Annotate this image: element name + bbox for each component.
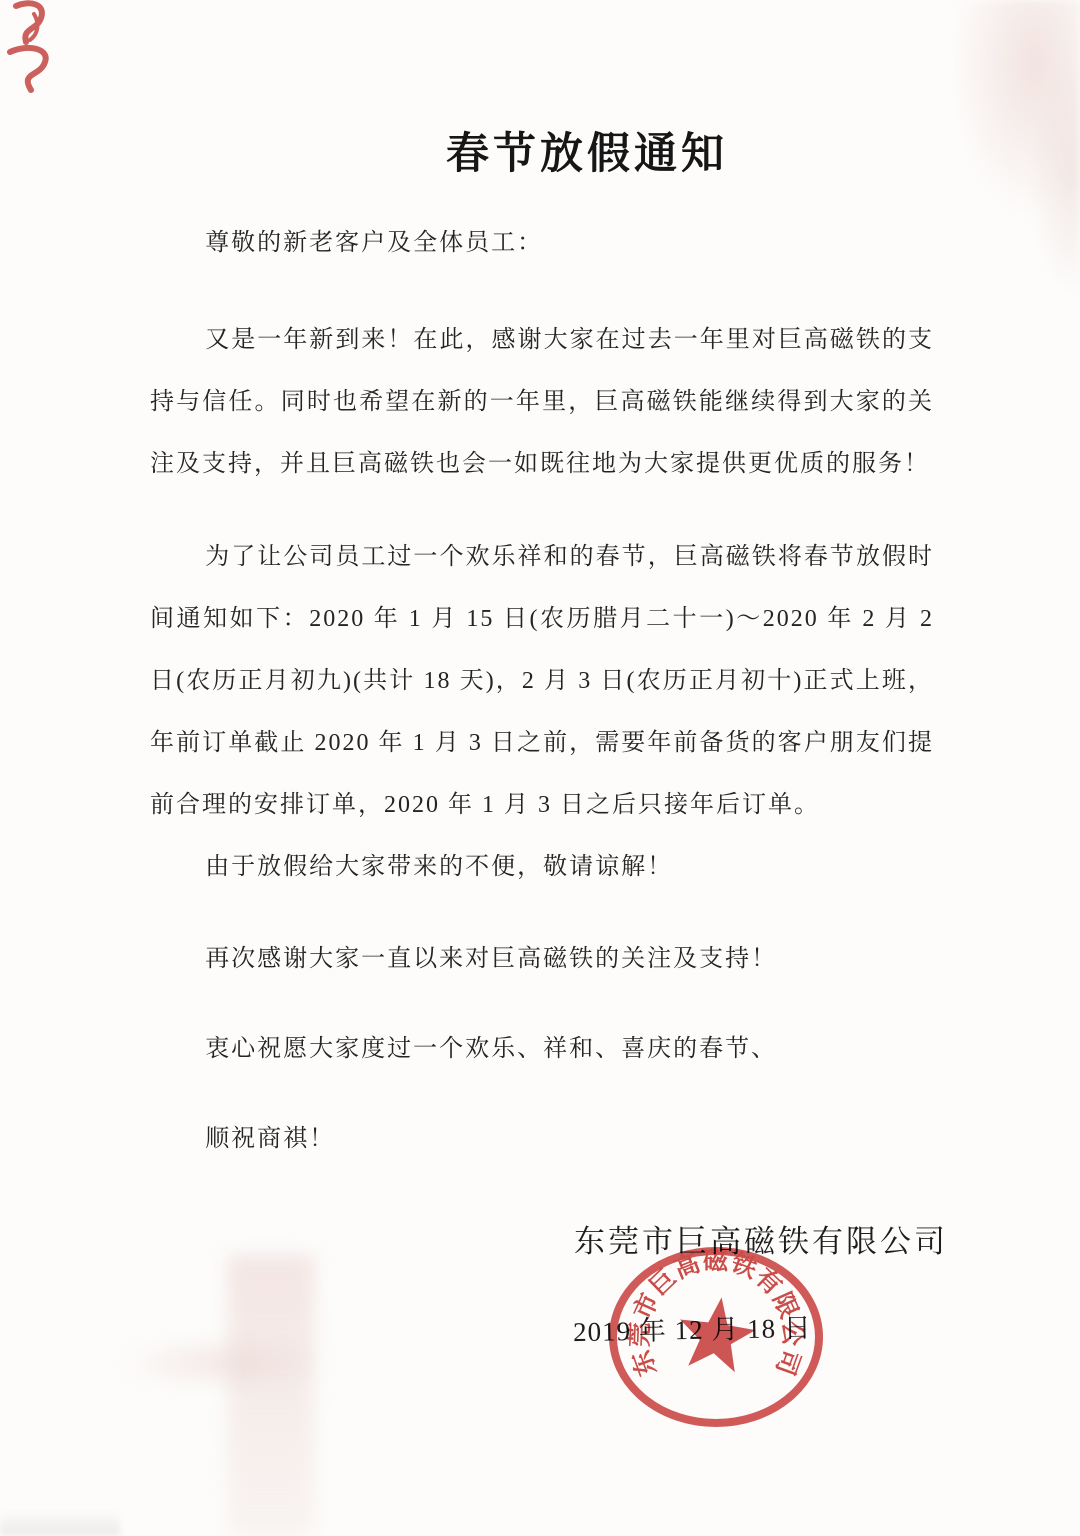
- company-seal: 东莞市巨高磁铁有限公司: [601, 1243, 831, 1435]
- scan-smudge-bottom-left-vertical: [228, 1255, 314, 1536]
- scan-smudge-bottom-left-horizontal: [80, 1328, 320, 1398]
- salutation: 尊敬的新老客户及全体员工：: [150, 212, 934, 274]
- paragraph-intro: 又是一年新到来！在此，感谢大家在过去一年里对巨高磁铁的支持与信任。同时也希望在新…: [150, 309, 934, 495]
- paragraph-wishes: 衷心祝愿大家度过一个欢乐、祥和、喜庆的春节、: [150, 1018, 934, 1080]
- scan-smudge-bottom-edge: [0, 1510, 120, 1536]
- scanned-notice-page: 春节放假通知 尊敬的新老客户及全体员工： 又是一年新到来！在此，感谢大家在过去一…: [0, 0, 1080, 1536]
- paragraph-apology: 由于放假给大家带来的不便，敬请谅解！: [150, 836, 934, 898]
- paragraph-thanks: 再次感谢大家一直以来对巨高磁铁的关注及支持！: [150, 928, 934, 990]
- red-pen-marks: [0, 0, 80, 110]
- seal-star-icon: [680, 1297, 755, 1372]
- red-pen-scribble: [10, 3, 46, 90]
- paragraph-holiday-schedule: 为了让公司员工过一个欢乐祥和的春节，巨高磁铁将春节放假时间通知如下：2020 年…: [150, 526, 934, 836]
- notice-title: 春节放假通知: [446, 120, 728, 181]
- paragraph-regards: 顺祝商祺！: [150, 1108, 934, 1170]
